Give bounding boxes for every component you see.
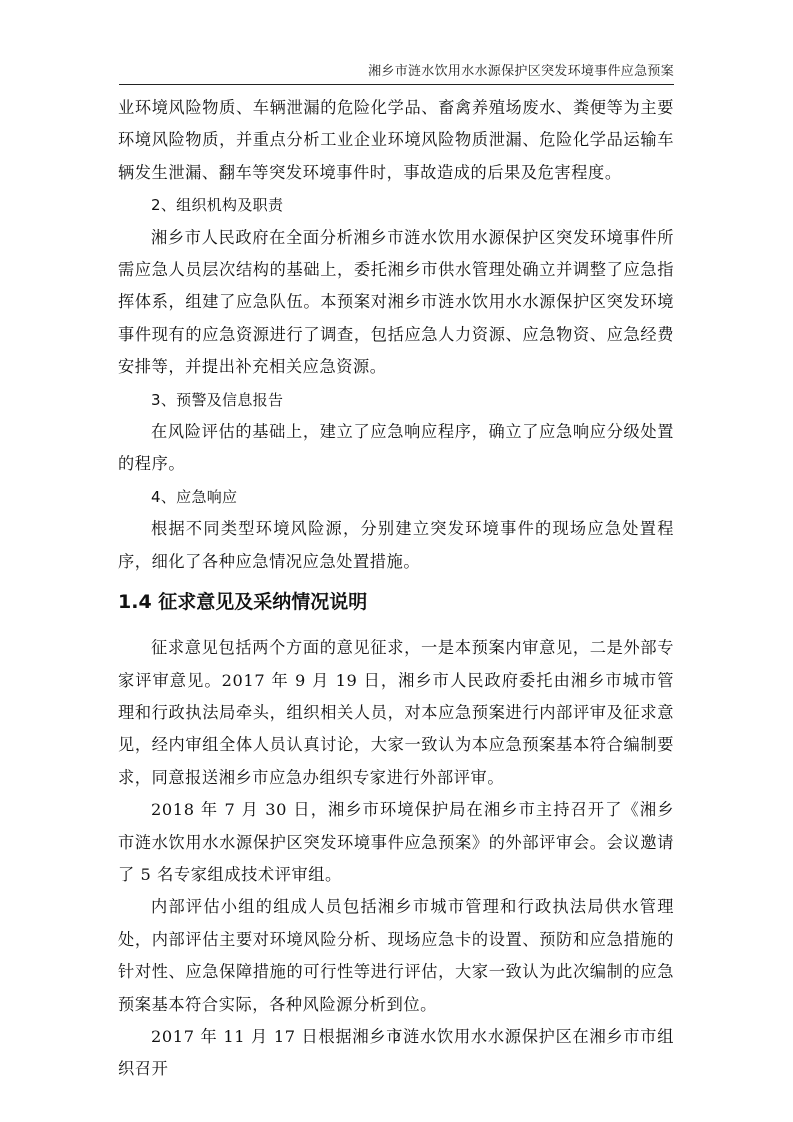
paragraph-warning: 在风险评估的基础上，建立了应急响应程序，确立了应急响应分级处置的程序。	[118, 416, 674, 481]
subheading-warning: 3、预警及信息报告	[118, 384, 674, 416]
document-body: 业环境风险物质、车辆泄漏的危险化学品、畜禽养殖场废水、粪便等为主要环境风险物质，…	[118, 92, 674, 1086]
page-number: 2	[0, 1030, 793, 1046]
paragraph-internal-review: 内部评估小组的组成人员包括湘乡市城市管理和行政执法局供水管理处，内部评估主要对环…	[118, 891, 674, 1021]
paragraph-continued: 业环境风险物质、车辆泄漏的危险化学品、畜禽养殖场废水、粪便等为主要环境风险物质，…	[118, 92, 674, 189]
paragraph-response: 根据不同类型环境风险源，分别建立突发环境事件的现场应急处置程序，细化了各种应急情…	[118, 513, 674, 578]
subheading-organization: 2、组织机构及职责	[118, 189, 674, 221]
subheading-response: 4、应急响应	[118, 481, 674, 513]
running-header: 湘乡市涟水饮用水水源保护区突发环境事件应急预案	[119, 62, 674, 85]
paragraph-opinion-intro: 征求意见包括两个方面的意见征求，一是本预案内审意见，二是外部专家评审意见。201…	[118, 632, 674, 794]
paragraph-organization: 湘乡市人民政府在全面分析湘乡市涟水饮用水源保护区突发环境事件所需应急人员层次结构…	[118, 222, 674, 384]
section-title: 1.4 征求意见及采纳情况说明	[118, 584, 674, 620]
paragraph-external-review: 2018 年 7 月 30 日，湘乡市环境保护局在湘乡市主持召开了《湘乡市涟水饮…	[118, 794, 674, 891]
